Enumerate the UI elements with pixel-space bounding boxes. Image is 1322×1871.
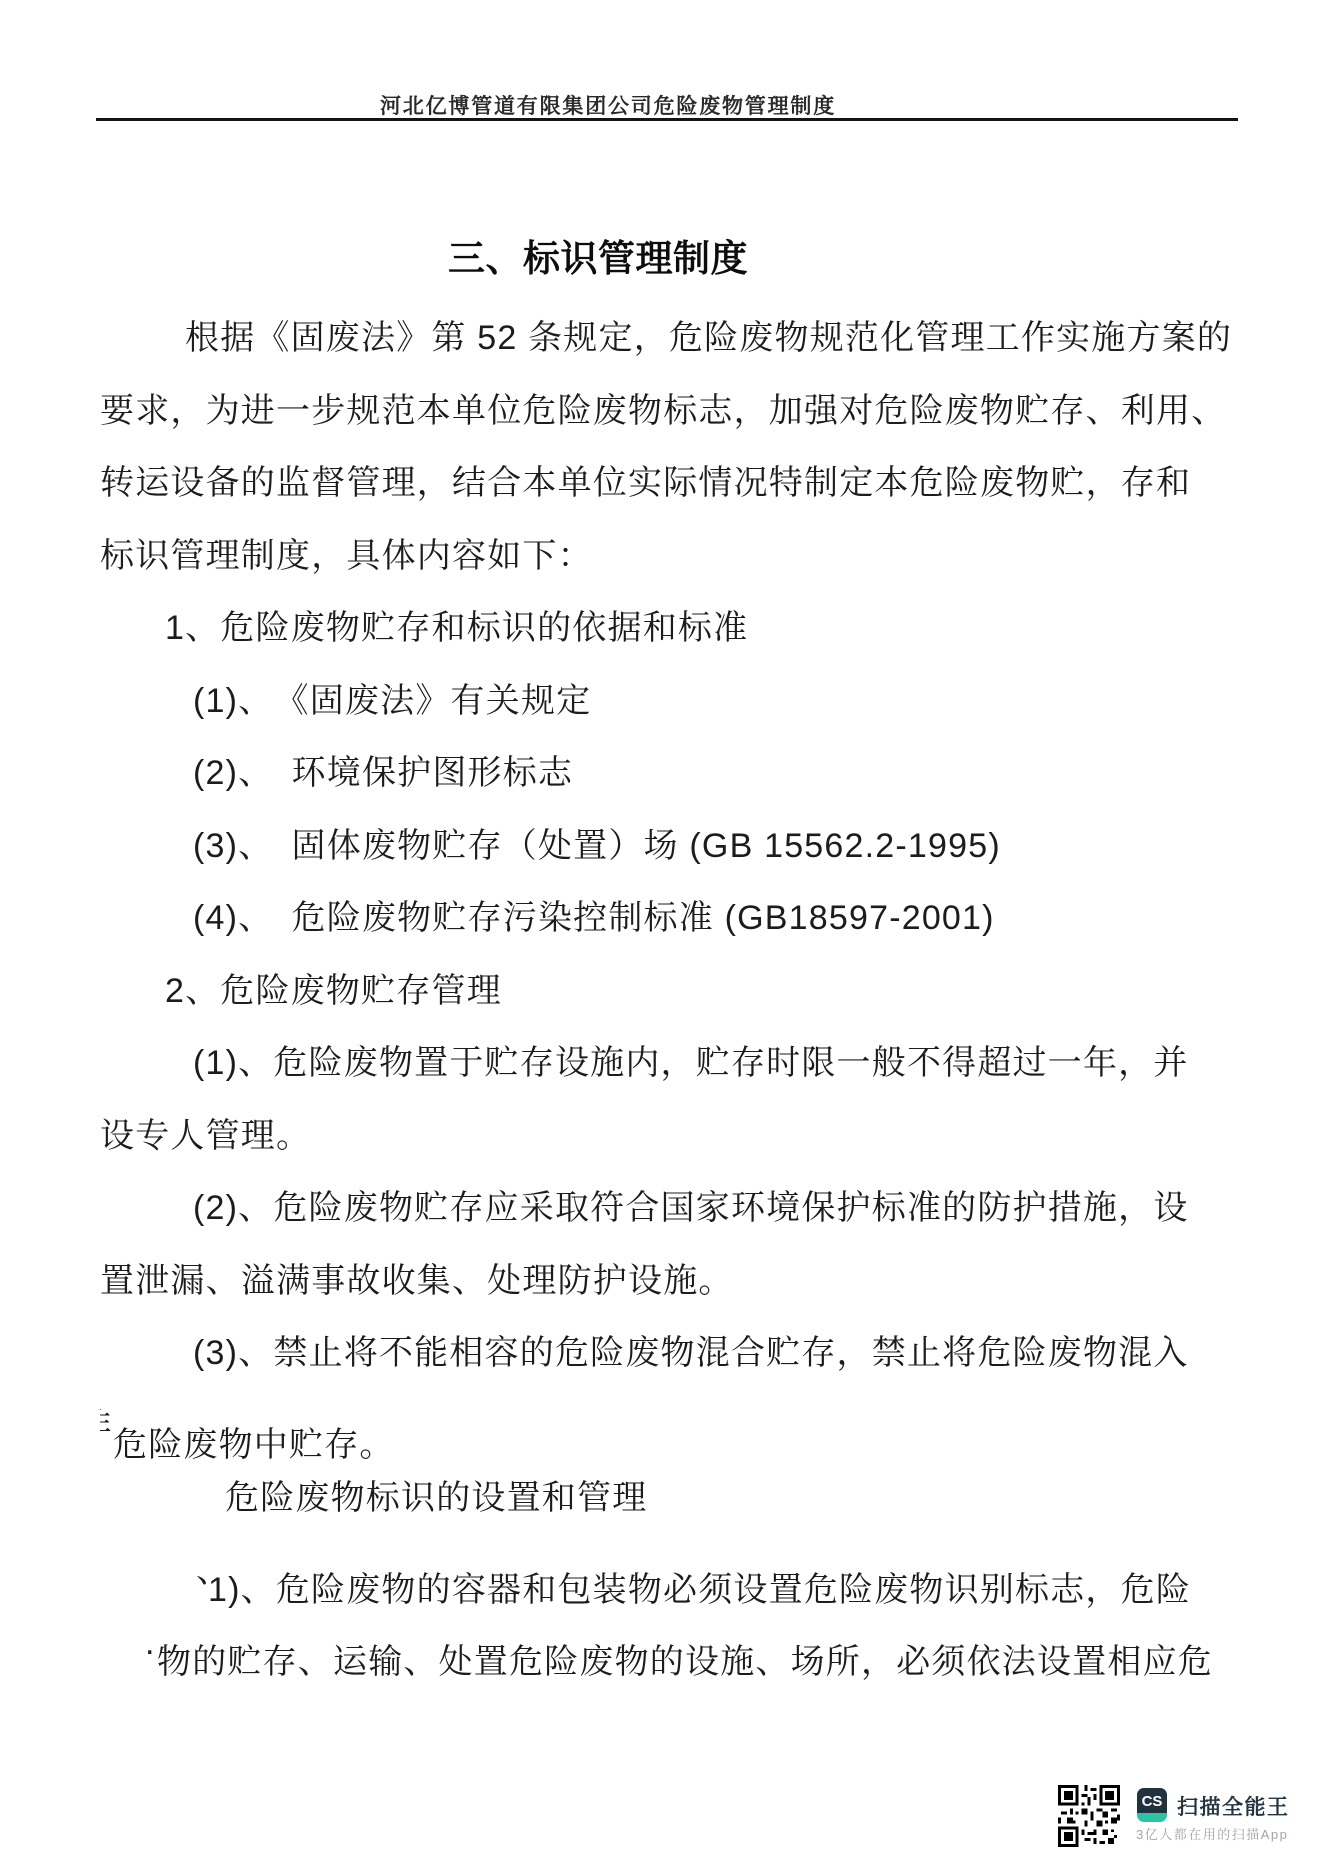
clipped-char: . xyxy=(145,1613,157,1673)
paragraph-line: 设专人管理。 xyxy=(100,1100,1250,1179)
list-item: (3)、 固体废物贮存（处置）场 (GB 15562.2-1995) xyxy=(100,810,1322,889)
camscanner-logo: CS xyxy=(1137,1788,1167,1822)
camscanner-app-name: 扫描全能王 xyxy=(1177,1791,1290,1821)
clipped-char: 、 xyxy=(196,1541,208,1601)
document-title: 三、标识管理制度 xyxy=(448,228,748,282)
list-item: (1)、危险废物置于贮存设施内，贮存时限一般不得超过一年，并 xyxy=(100,1027,1322,1106)
list-item: (3)、禁止将不能相容的危险废物混合贮存，禁止将危险废物混入 xyxy=(100,1317,1322,1396)
paragraph-line: 置泄漏、溢满事故收集、处理防护设施。 xyxy=(100,1245,1250,1324)
list-item: (2)、 环境保护图形标志 xyxy=(100,737,1322,816)
paragraph-line: 转运设备的监督管理，结合本单位实际情况特制定本危险废物贮，存和 xyxy=(100,447,1250,526)
scanned-document-page: 河北亿博管道有限集团公司危险废物管理制度 三、标识管理制度 根据《固废法》第 5… xyxy=(0,0,1322,1871)
list-item: (1)、 《固废法》有关规定 xyxy=(100,665,1322,744)
camscanner-tagline: 3亿人都在用的扫描App xyxy=(1136,1824,1288,1843)
cs-logo-teal-strip xyxy=(1137,1813,1167,1822)
clipped-char: 非 xyxy=(100,1396,113,1456)
qr-code xyxy=(1058,1785,1120,1847)
header-divider-line xyxy=(96,118,1238,121)
section-subheading: 危险废物标识的设置和管理 xyxy=(100,1462,1322,1541)
page-header: 河北亿博管道有限集团公司危险废物管理制度 xyxy=(380,90,836,120)
list-item: (2)、危险废物贮存应采取符合国家环境保护标准的防护措施，设 xyxy=(100,1172,1322,1251)
list-item: 1、危险废物贮存和标识的依据和标准 xyxy=(100,592,1315,671)
paragraph-line: .物的贮存、运输、处置危险废物的设施、场所，必须依法设置相应危 xyxy=(100,1607,1295,1686)
paragraph-line: 要求，为进一步规范本单位危险废物标志，加强对危险废物贮存、利用、 xyxy=(100,375,1250,454)
list-item: 2、危险废物贮存管理 xyxy=(100,955,1315,1034)
cs-logo-letters: CS xyxy=(1137,1788,1167,1813)
paragraph-line: 根据《固废法》第 52 条规定，危险废物规范化管理工作实施方案的 xyxy=(100,302,1322,381)
list-item: (4)、 危险废物贮存污染控制标准 (GB18597-2001) xyxy=(100,882,1322,961)
list-item: 、1)、危险废物的容器和包装物必须设置危险废物识别标志，危险 xyxy=(100,1535,1322,1614)
paragraph-line: 标识管理制度，具体内容如下： xyxy=(100,520,1250,599)
paragraph-line: 非危险废物中贮存。 xyxy=(100,1390,1250,1469)
camscanner-watermark: CS 扫描全能王 3亿人都在用的扫描App xyxy=(1058,1785,1290,1849)
